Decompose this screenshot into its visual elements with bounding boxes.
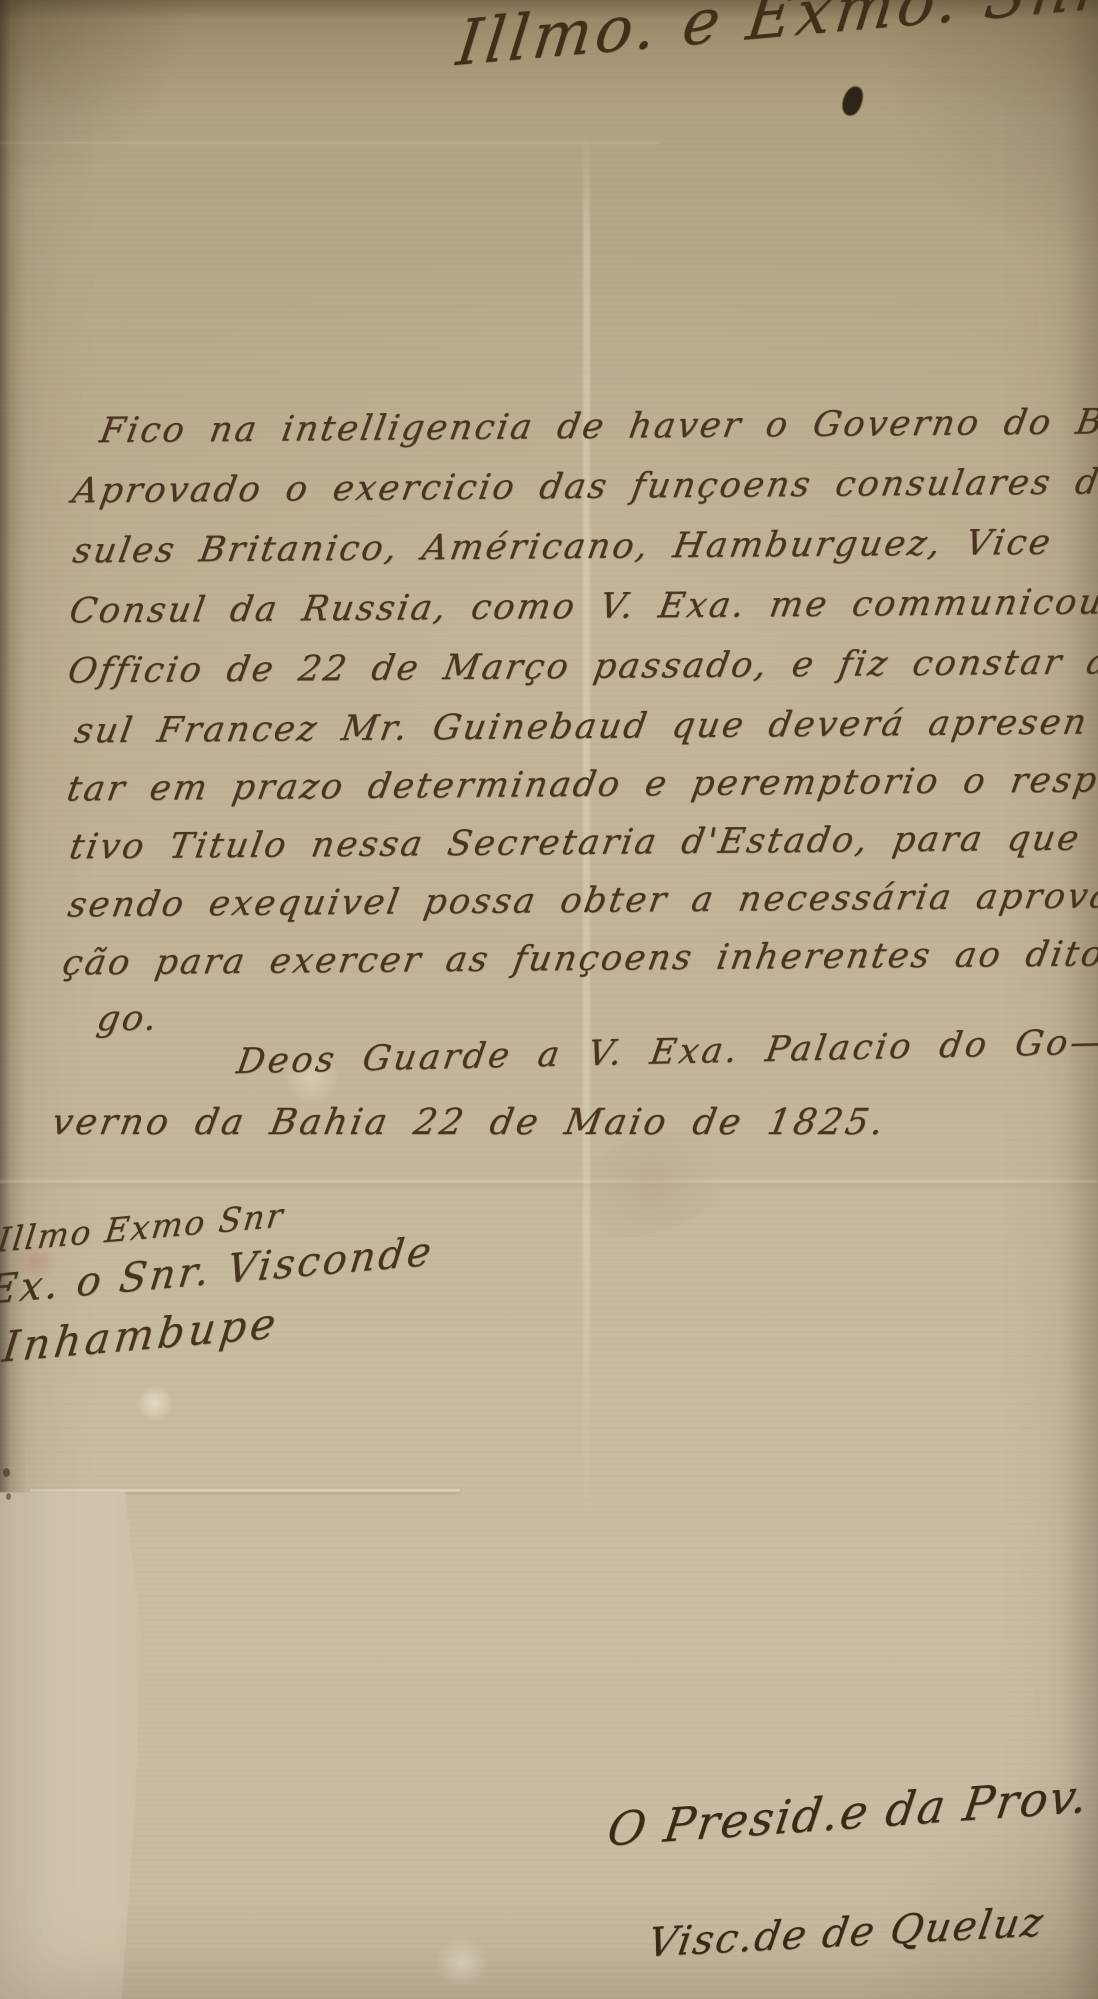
body-line: tivo Titulo nessa Secretaria d'Estado, p… bbox=[67, 819, 1085, 868]
body-line: ção para exercer as funçoens inherentes … bbox=[60, 934, 1098, 984]
body-line: go. bbox=[94, 999, 162, 1040]
body-line: tar em prazo determinado e peremptorio o… bbox=[64, 760, 1098, 809]
manuscript-letter-page: Illmo. e Exmo. Snr. Fico na intelligenci… bbox=[0, 0, 1098, 1999]
body-line: Aprovado o exercicio das funçoens consul… bbox=[69, 461, 1098, 511]
body-line: sendo exequivel possa obter a necessária… bbox=[65, 876, 1098, 925]
body-line: sules Britanico, Américano, Hamburguez, … bbox=[70, 523, 1056, 572]
closing-dateline: verno da Bahia 22 de Maio de 1825. bbox=[49, 1102, 890, 1143]
body-line: sul Francez Mr. Guinebaud que deverá apr… bbox=[72, 703, 1092, 752]
body-line: Fico na intelligencia de haver o Governo… bbox=[97, 402, 1098, 452]
letter-body: Fico na intelligencia de haver o Governo… bbox=[0, 0, 1098, 1999]
body-line: Consul da Russia, como V. Exa. me commun… bbox=[66, 582, 1098, 632]
body-line: Officio de 22 de Março passado, e fiz co… bbox=[65, 641, 1098, 691]
